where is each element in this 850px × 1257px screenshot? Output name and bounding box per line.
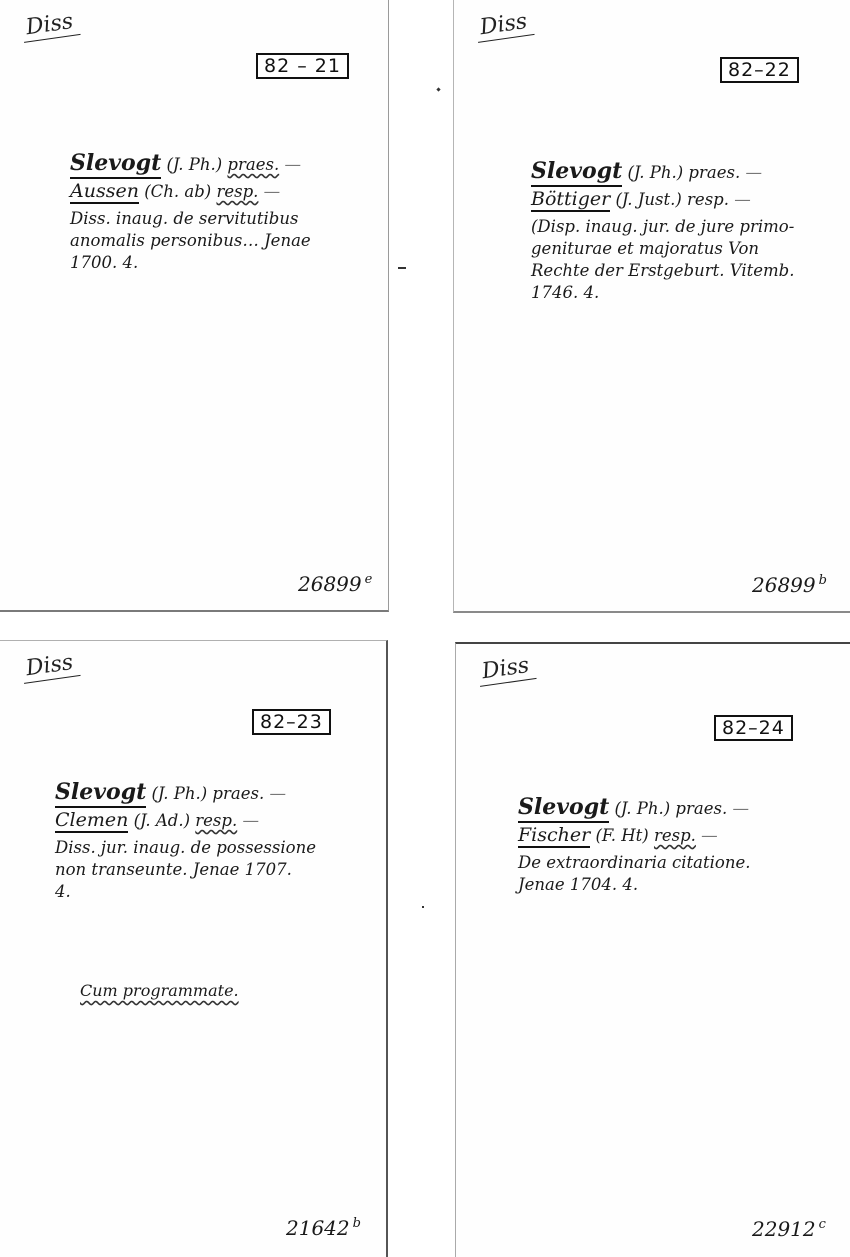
scan-mark [422,906,424,908]
diss-mark: Diss [476,652,536,687]
catalog-card-82-21: Diss 82 – 21 Slevogt (J. Ph.) praes. — A… [0,0,389,612]
dash: — [701,826,718,845]
dash: — [745,163,762,182]
diss-mark: Diss [20,8,80,43]
praeses-role: praes. [688,163,740,182]
praeses-line: Slevogt (J. Ph.) praes. — [531,160,794,188]
respondent-initials: (J. Ad.) [134,811,190,830]
dash: — [264,182,281,201]
title-line: Rechte der Erstgeburt. Vitemb. [531,260,794,282]
dash: — [732,799,749,818]
respondent-line: Fischer (F. Ht) resp. — [518,824,751,852]
respondent-line: Böttiger (J. Just.) resp. — [531,188,794,216]
dash: — [734,190,751,209]
accession-number: 26899b [752,573,827,597]
respondent-line: Clemen (J. Ad.) resp. — [55,809,316,837]
praeses-role: praes. [212,784,264,803]
title-line: anomalis personibus… Jenae [70,230,311,252]
title-line: non transeunte. Jenae 1707. [55,859,316,881]
praeses-line: Slevogt (J. Ph.) praes. — [55,781,316,809]
praeses-initials: (J. Ph.) [628,163,684,182]
respondent-role: resp. [654,826,696,845]
catalog-entry: Slevogt (J. Ph.) praes. — Clemen (J. Ad.… [55,781,316,903]
accession-number: 21642b [286,1216,361,1240]
praeses-initials: (J. Ph.) [615,799,671,818]
praeses-name: Slevogt [70,150,161,179]
respondent-initials: (J. Just.) [616,190,682,209]
scan-mark [436,87,440,91]
call-number-box: 82 – 21 [256,53,349,79]
title-line: Jenae 1704. 4. [518,874,751,896]
respondent-role: resp. [687,190,729,209]
diss-mark: Diss [474,8,534,43]
call-number-box: 82–23 [252,709,331,735]
call-number-box: 82–22 [720,57,799,83]
catalog-card-82-23: Diss 82–23 Slevogt (J. Ph.) praes. — Cle… [0,640,388,1257]
respondent-initials: (F. Ht) [595,826,648,845]
title-line: 4. [55,881,316,903]
catalog-entry: Slevogt (J. Ph.) praes. — Fischer (F. Ht… [518,796,751,896]
praeses-name: Slevogt [518,794,609,823]
call-number-box: 82–24 [714,715,793,741]
respondent-role: resp. [195,811,237,830]
respondent-name: Aussen [70,180,139,204]
respondent-initials: (Ch. ab) [144,182,211,201]
title-line: De extraordinaria citatione. [518,852,751,874]
accession-number: 22912c [752,1217,826,1241]
dash: — [269,784,286,803]
respondent-name: Fischer [518,824,590,848]
diss-mark: Diss [20,649,80,684]
title-line: Diss. inaug. de servitutibus [70,208,311,230]
catalog-card-82-22: Diss 82–22 Slevogt (J. Ph.) praes. — Böt… [453,0,850,613]
title-line: 1746. 4. [531,282,794,304]
catalog-card-82-24: Diss 82–24 Slevogt (J. Ph.) praes. — Fis… [455,642,850,1257]
title-line: (Disp. inaug. jur. de jure primo- [531,216,794,238]
respondent-name: Böttiger [531,188,610,212]
respondent-name: Clemen [55,809,128,833]
dash: — [242,811,259,830]
catalog-entry: Slevogt (J. Ph.) praes. — Böttiger (J. J… [531,160,794,304]
praeses-line: Slevogt (J. Ph.) praes. — [70,152,311,180]
catalog-entry: Slevogt (J. Ph.) praes. — Aussen (Ch. ab… [70,152,311,274]
praeses-role: praes. [227,155,279,174]
title-line: geniturae et majoratus Von [531,238,794,260]
praeses-initials: (J. Ph.) [152,784,208,803]
respondent-line: Aussen (Ch. ab) resp. — [70,180,311,208]
respondent-role: resp. [216,182,258,201]
accession-number: 26899e [298,572,372,596]
praeses-initials: (J. Ph.) [167,155,223,174]
praeses-line: Slevogt (J. Ph.) praes. — [518,796,751,824]
programmate-note: Cum programmate. [80,981,239,1000]
praeses-role: praes. [675,799,727,818]
scan-mark [398,267,406,269]
title-line: 1700. 4. [70,252,311,274]
dash: — [284,155,301,174]
title-line: Diss. jur. inaug. de possessione [55,837,316,859]
praeses-name: Slevogt [55,779,146,808]
praeses-name: Slevogt [531,158,622,187]
